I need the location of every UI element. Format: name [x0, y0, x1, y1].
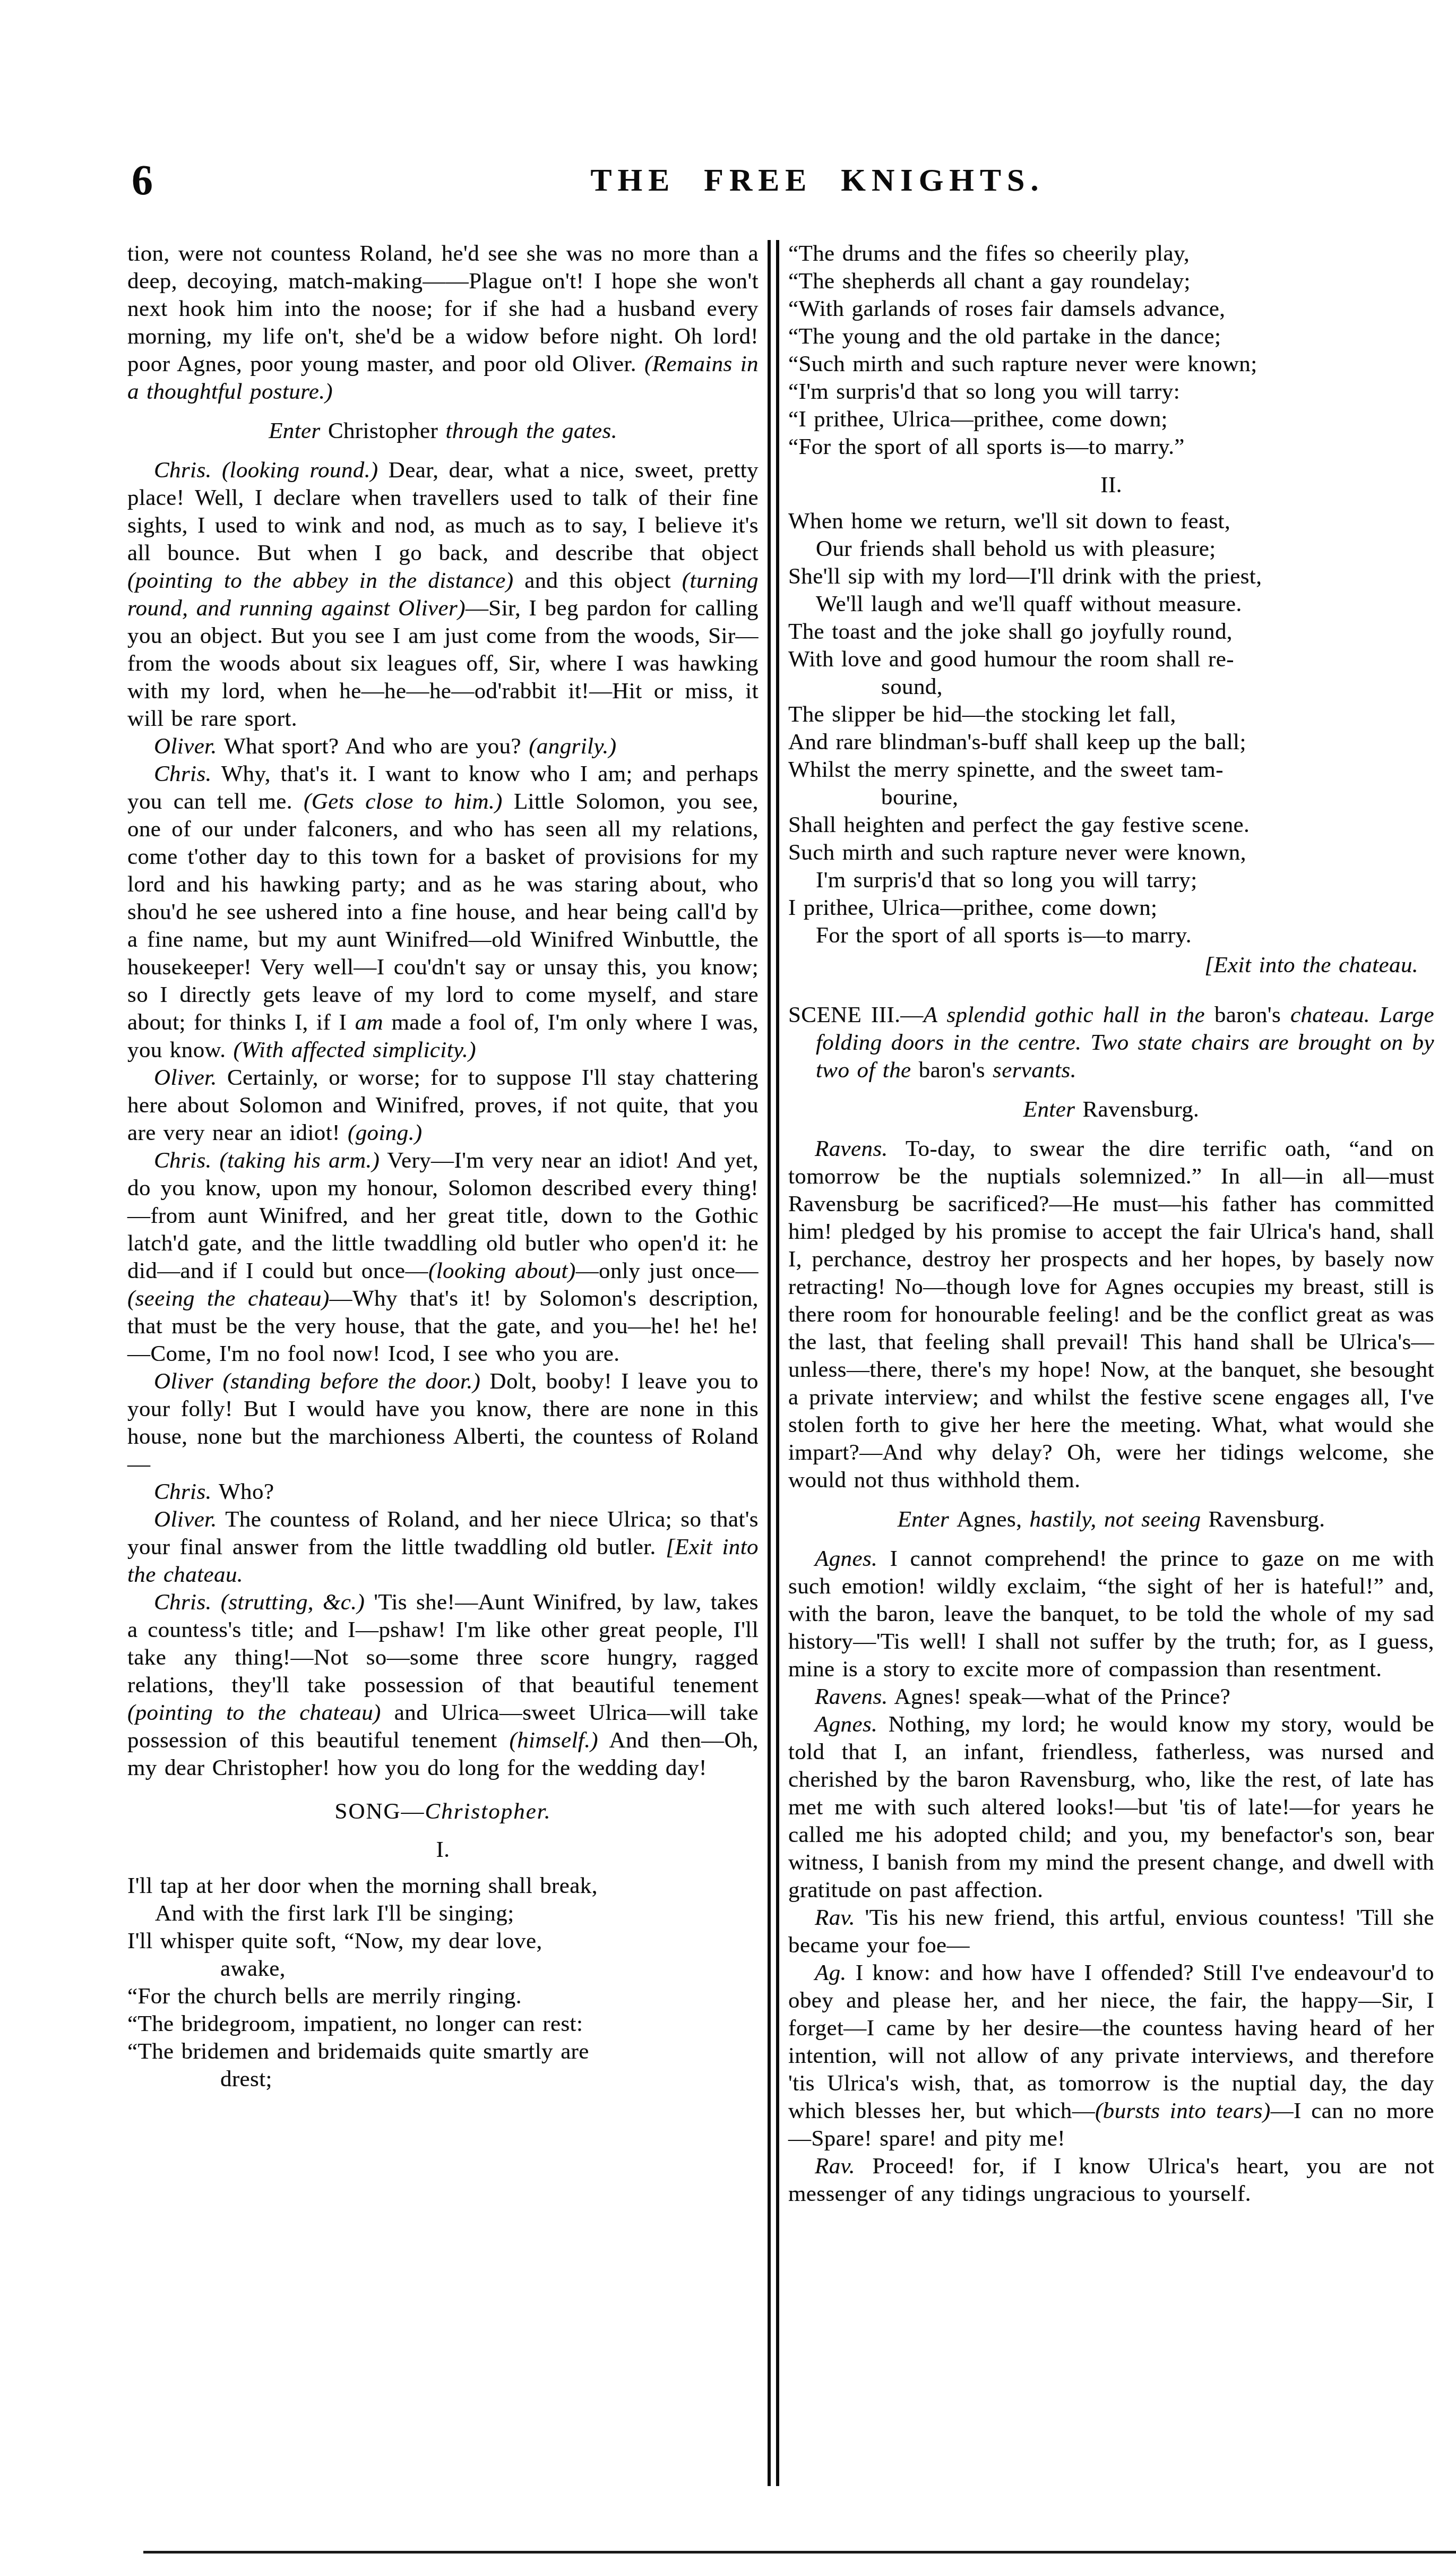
column-divider	[768, 240, 779, 2486]
text-run: “The shepherds all chant a gay roundelay…	[788, 269, 1191, 294]
speech-continuation: tion, were not countess Roland, he'd see…	[127, 240, 759, 406]
text-run: baron's	[1214, 1002, 1290, 1027]
verse-line: “For the sport of all sports is—to marry…	[788, 433, 1434, 461]
italic-text-run: Ravens.	[815, 1136, 888, 1161]
text-run: “The young and the old partake in the da…	[788, 324, 1221, 349]
text-run: bourine,	[881, 785, 958, 810]
italic-text-run: through the gates.	[445, 418, 617, 443]
verse-line: Whilst the merry spinette, and the sweet…	[788, 756, 1434, 784]
verse-line: sound,	[881, 673, 1434, 701]
text-run: Proceed! for, if I know Ulrica's heart, …	[788, 2154, 1434, 2206]
italic-text-run: servants.	[993, 1058, 1076, 1083]
italic-text-run: (going.)	[348, 1120, 423, 1145]
verse-line: She'll sip with my lord—I'll drink with …	[788, 563, 1434, 590]
text-run: Certainly, or worse; for to suppose I'll…	[127, 1065, 759, 1145]
text-run: “I prithee, Ulrica—prithee, come down;	[788, 407, 1168, 432]
italic-text-run: Agnes.	[815, 1546, 877, 1571]
italic-text-run: Agnes.	[815, 1712, 877, 1737]
text-run: Our friends shall behold us with pleasur…	[816, 536, 1216, 561]
text-run: —only just once—	[576, 1258, 759, 1283]
verse-line: “I'm surpris'd that so long you will tar…	[788, 378, 1434, 406]
right-column: “The drums and the fifes so cheerily pla…	[788, 240, 1434, 2208]
text-run: 'Tis his new friend, this artful, enviou…	[788, 1905, 1434, 1958]
speech: Agnes. I cannot comprehend! the prince t…	[788, 1545, 1434, 1683]
verse-line: drest;	[220, 2066, 759, 2093]
verse-line: “The young and the old partake in the da…	[788, 323, 1434, 350]
text-run: I'm surpris'd that so long you will tarr…	[816, 868, 1197, 893]
left-column: tion, were not countess Roland, he'd see…	[127, 240, 759, 2093]
italic-text-run: Christopher.	[425, 1799, 552, 1824]
text-run: I'll tap at her door when the morning sh…	[127, 1873, 598, 1898]
italic-text-run: Oliver.	[154, 734, 217, 759]
text-run: With love and good humour the room shall…	[788, 647, 1234, 672]
verse-line: “With garlands of roses fair damsels adv…	[788, 295, 1434, 323]
text-run: “With garlands of roses fair damsels adv…	[788, 296, 1226, 321]
page: 6 THE FREE KNIGHTS. tion, were not count…	[0, 0, 1456, 2562]
text-run: Who?	[212, 1479, 274, 1504]
page-header: 6 THE FREE KNIGHTS.	[122, 162, 1387, 226]
italic-text-run: Enter	[898, 1507, 957, 1532]
text-run: sound,	[881, 674, 943, 699]
speech: Rav. Proceed! for, if I know Ulrica's he…	[788, 2153, 1434, 2208]
stage-direction-enter: Enter Ravensburg.	[788, 1096, 1434, 1124]
italic-text-run: (seeing the chateau)	[127, 1286, 330, 1311]
italic-text-run: Enter	[269, 418, 328, 443]
stage-direction-enter: Enter Agnes, hastily, not seeing Ravensb…	[788, 1506, 1434, 1533]
page-bottom-edge	[143, 2551, 1456, 2554]
text-run: Little Solomon, you see, one of our unde…	[127, 789, 759, 1035]
italic-text-run: A splendid gothic hall in the	[924, 1002, 1214, 1027]
italic-text-run: (looking about)	[428, 1258, 576, 1283]
text-run: I.	[436, 1837, 450, 1862]
text-run: “The drums and the fifes so cheerily pla…	[788, 241, 1190, 266]
verse-line: “The drums and the fifes so cheerily pla…	[788, 240, 1434, 268]
text-run: “The bridemen and bridemaids quite smart…	[127, 2039, 589, 2064]
italic-text-run: Oliver.	[154, 1065, 217, 1090]
italic-text-run: (himself.)	[509, 1728, 598, 1753]
text-columns: tion, were not countess Roland, he'd see…	[127, 240, 1434, 2486]
text-run: She'll sip with my lord—I'll drink with …	[788, 564, 1262, 589]
speech: Chris. (strutting, &c.) 'Tis she!—Aunt W…	[127, 1589, 759, 1782]
text-run: Nothing, my lord; he would know my story…	[788, 1712, 1434, 1903]
stanza-number: II.	[788, 472, 1434, 499]
italic-text-run: Chris.	[154, 761, 212, 786]
verse-line: “I prithee, Ulrica—prithee, come down;	[788, 406, 1434, 433]
italic-text-run: (bursts into tears)	[1095, 2098, 1271, 2123]
verse-line: I'm surpris'd that so long you will tarr…	[816, 867, 1434, 894]
text-run: Shall heighten and perfect the gay festi…	[788, 812, 1250, 837]
italic-text-run: Chris.	[154, 1479, 212, 1504]
verse-line: “The bridemen and bridemaids quite smart…	[127, 2038, 759, 2066]
text-run: Agnes,	[957, 1507, 1029, 1532]
verse-line: bourine,	[881, 784, 1434, 811]
text-run: baron's	[919, 1058, 993, 1083]
speech: Agnes. Nothing, my lord; he would know m…	[788, 1711, 1434, 1904]
italic-text-run: (Gets close to him.)	[304, 789, 503, 814]
speech: Ag. I know: and how have I offended? Sti…	[788, 1959, 1434, 2153]
italic-text-run: Chris. (taking his arm.)	[154, 1148, 380, 1173]
speech: Chris. Why, that's it. I want to know wh…	[127, 760, 759, 1064]
verse-line: I'll tap at her door when the morning sh…	[127, 1872, 759, 1900]
speech: Chris. (taking his arm.) Very—I'm very n…	[127, 1147, 759, 1368]
italic-text-run: (pointing to the abbey in the distance)	[127, 568, 513, 593]
scene-heading: SCENE III.—A splendid gothic hall in the…	[788, 1001, 1434, 1084]
speech: Oliver (standing before the door.) Dolt,…	[127, 1368, 759, 1478]
verse-line: We'll laugh and we'll quaff without meas…	[816, 590, 1434, 618]
text-run: When home we return, we'll sit down to f…	[788, 509, 1230, 534]
text-run: Agnes! speak—what of the Prince?	[888, 1684, 1231, 1709]
running-title: THE FREE KNIGHTS.	[297, 162, 1338, 199]
italic-text-run: Rav.	[815, 2154, 855, 2179]
text-run: I prithee, Ulrica—prithee, come down;	[788, 895, 1157, 920]
verse-line: And with the first lark I'll be singing;	[155, 1900, 759, 1927]
text-run: And rare blindman's-buff shall keep up t…	[788, 730, 1246, 755]
italic-text-run: Chris. (strutting, &c.)	[154, 1590, 365, 1615]
italic-text-run: Enter	[1023, 1097, 1083, 1122]
verse-line: “For the church bells are merrily ringin…	[127, 1983, 759, 2010]
verse-line: “Such mirth and such rapture never were …	[788, 350, 1434, 378]
text-run: II.	[1100, 473, 1122, 498]
text-run: awake,	[220, 1956, 286, 1981]
verse-line: With love and good humour the room shall…	[788, 646, 1434, 673]
verse-line: I prithee, Ulrica—prithee, come down;	[788, 894, 1434, 922]
text-run: SCENE III.—	[788, 1002, 924, 1027]
italic-text-run: Rav.	[815, 1905, 855, 1930]
text-run: The toast and the joke shall go joyfully…	[788, 619, 1233, 644]
text-run: For the sport of all sports is—to marry.	[816, 923, 1192, 948]
speech: Chris. (looking round.) Dear, dear, what…	[127, 457, 759, 733]
text-run: “Such mirth and such rapture never were …	[788, 352, 1257, 376]
text-run: “For the church bells are merrily ringin…	[127, 1984, 522, 2009]
verse-line: Our friends shall behold us with pleasur…	[816, 535, 1434, 563]
text-run: What sport? And who are you?	[217, 734, 529, 759]
text-run: We'll laugh and we'll quaff without meas…	[816, 592, 1242, 616]
text-run: “For the sport of all sports is—to marry…	[788, 434, 1185, 459]
page-number: 6	[132, 157, 153, 205]
stage-direction-enter: Enter Christopher through the gates.	[127, 417, 759, 445]
text-run: “The bridegroom, impatient, no longer ca…	[127, 2011, 583, 2036]
text-run: The countess of Roland, and her niece Ul…	[127, 1507, 759, 1560]
speech: Oliver. What sport? And who are you? (an…	[127, 733, 759, 760]
italic-text-run: Oliver (standing before the door.)	[154, 1369, 480, 1394]
verse-line: “The bridegroom, impatient, no longer ca…	[127, 2010, 759, 2038]
stanza-number: I.	[127, 1836, 759, 1864]
speech: Chris. Who?	[127, 1478, 759, 1506]
italic-text-run: hastily, not seeing	[1030, 1507, 1209, 1532]
italic-text-run: (With affected simplicity.)	[234, 1038, 476, 1062]
verse-line: “The shepherds all chant a gay roundelay…	[788, 268, 1434, 295]
verse-line: For the sport of all sports is—to marry.	[816, 922, 1434, 949]
italic-text-run: am	[355, 1010, 383, 1035]
verse-line: The toast and the joke shall go joyfully…	[788, 618, 1434, 646]
text-run: To-day, to swear the dire terrific oath,…	[788, 1136, 1434, 1493]
verse-line: I'll whisper quite soft, “Now, my dear l…	[127, 1927, 759, 1955]
text-run: and this object	[513, 568, 682, 593]
speech: Oliver. Certainly, or worse; for to supp…	[127, 1064, 759, 1147]
speech: Oliver. The countess of Roland, and her …	[127, 1506, 759, 1589]
exit-direction: [Exit into the chateau.	[788, 952, 1418, 979]
text-run: And with the first lark I'll be singing;	[155, 1901, 514, 1926]
italic-text-run: [Exit into the chateau.	[1204, 953, 1418, 978]
text-run: Such mirth and such rapture never were k…	[788, 840, 1246, 865]
verse-line: And rare blindman's-buff shall keep up t…	[788, 729, 1434, 756]
text-run: Christopher	[328, 418, 446, 443]
verse-line: The slipper be hid—the stocking let fall…	[788, 701, 1434, 729]
verse-line: awake,	[220, 1955, 759, 1983]
italic-text-run: Oliver.	[154, 1507, 217, 1532]
speech: Rav. 'Tis his new friend, this artful, e…	[788, 1904, 1434, 1959]
speech: Ravens. To-day, to swear the dire terrif…	[788, 1135, 1434, 1494]
italic-text-run: Ag.	[815, 1960, 847, 1985]
text-run: I cannot comprehend! the prince to gaze …	[788, 1546, 1434, 1682]
italic-text-run: Ravens.	[815, 1684, 888, 1709]
verse-line: Shall heighten and perfect the gay festi…	[788, 811, 1434, 839]
text-run: “I'm surpris'd that so long you will tar…	[788, 379, 1180, 404]
verse-line: Such mirth and such rapture never were k…	[788, 839, 1434, 867]
italic-text-run: Chris. (looking round.)	[154, 458, 378, 483]
speech: Ravens. Agnes! speak—what of the Prince?	[788, 1683, 1434, 1711]
song-heading: SONG—Christopher.	[127, 1798, 759, 1826]
verse-line: When home we return, we'll sit down to f…	[788, 508, 1434, 535]
text-run: drest;	[220, 2067, 272, 2092]
italic-text-run: (angrily.)	[529, 734, 616, 759]
text-run: Whilst the merry spinette, and the sweet…	[788, 757, 1224, 782]
text-run: Ravensburg.	[1082, 1097, 1199, 1122]
text-run: SONG—	[335, 1799, 425, 1824]
text-run: The slipper be hid—the stocking let fall…	[788, 702, 1176, 727]
text-run: Ravensburg.	[1209, 1507, 1325, 1532]
text-run: I'll whisper quite soft, “Now, my dear l…	[127, 1929, 542, 1953]
italic-text-run: (pointing to the chateau)	[127, 1700, 381, 1725]
